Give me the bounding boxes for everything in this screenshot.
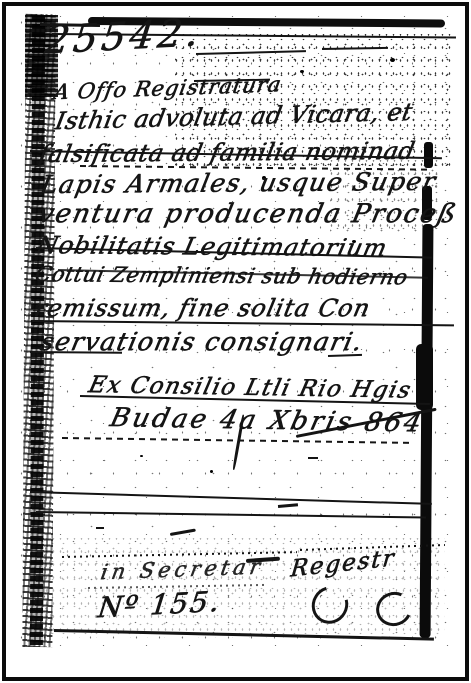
right-edge-shadow-band — [416, 344, 433, 410]
ink-mark — [308, 457, 318, 459]
right-edge-blot — [424, 142, 433, 168]
body-line: remissum, fine solita Con — [32, 294, 373, 322]
ink-mark — [96, 527, 104, 529]
body-line: Lapis Armales, usque Super — [38, 167, 439, 200]
body-line: Cottui Zempliniensi sub hodierno — [33, 262, 410, 289]
body-line: ventura producenda Proceß — [36, 199, 461, 229]
ink-speck — [300, 70, 304, 73]
ink-speck — [390, 58, 395, 62]
item-number: Nº 155. — [96, 585, 223, 625]
scanned-document-page: 25542. A Offo Registratura Isthic advolu… — [0, 0, 471, 683]
body-line: falsificata ad familia nominad — [36, 137, 417, 168]
date-line: Budae 4a Xbris 864 — [107, 403, 427, 438]
body-line: Nobilitatis Legitimatorium — [34, 231, 390, 262]
docket-number: 25542. — [43, 10, 205, 63]
body-line: servationis consignari. — [38, 327, 366, 356]
ink-speck — [140, 455, 143, 457]
ink-speck — [210, 470, 213, 473]
